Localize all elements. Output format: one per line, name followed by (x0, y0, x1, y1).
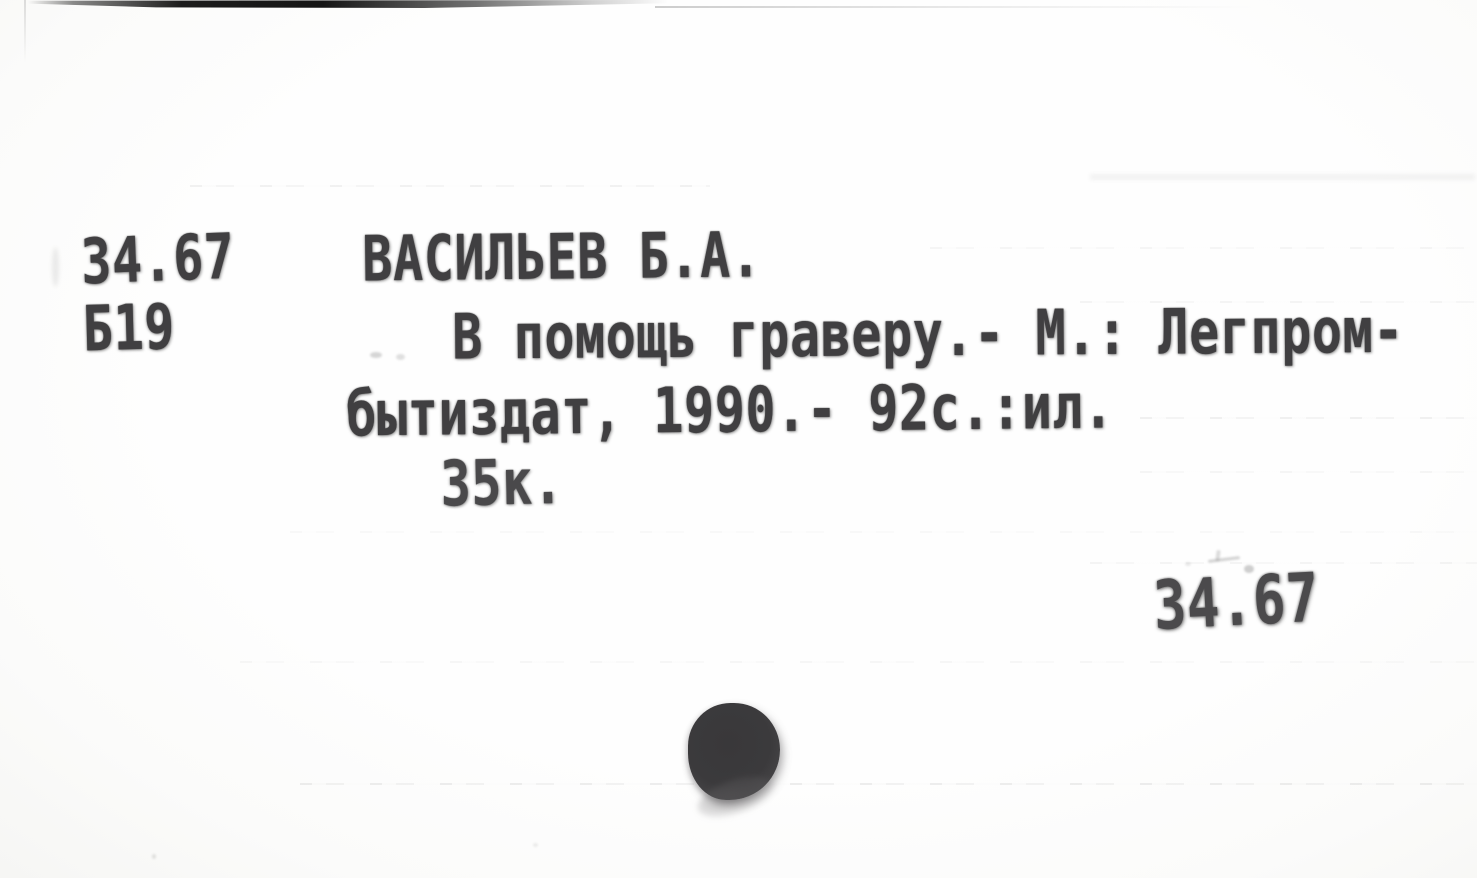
classification-code-bottom: 34.67 (1152, 564, 1321, 640)
classification-code-top: 34.67 (80, 225, 236, 293)
author-cutter-number: Б19 (82, 296, 176, 361)
title-statement-line-1: В помощь граверу.- М.: Легпром- (452, 299, 1404, 368)
catalog-card: 34.67 Б19 ВАСИЛЬЕВ Б.А. В помощь граверу… (0, 0, 1477, 878)
author-heading: ВАСИЛЬЕВ Б.А. (362, 224, 762, 291)
title-statement-line-2: бытиздат, 1990.- 92с.:ил. (346, 375, 1114, 446)
price: 35к. (440, 450, 564, 515)
